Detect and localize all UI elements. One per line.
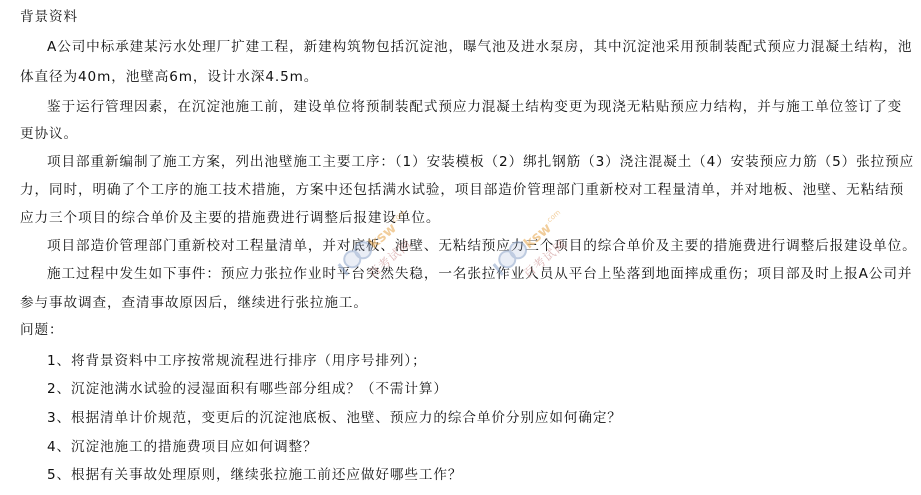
paragraph-line: 参与事故调查，查清事故原因后，继续进行张拉施工。: [20, 295, 368, 311]
section-heading: 背景资料: [20, 9, 78, 25]
paragraph-line: 项目部造价管理部门重新校对工程量清单，并对底板、池壁、无粘结预应力三个项目的综合…: [47, 238, 917, 254]
watermark-com-text: .com: [543, 208, 561, 225]
question-item: 2、沉淀池满水试验的浸湿面积有哪些部分组成？（不需计算）: [47, 381, 448, 397]
questions-label: 问题：: [20, 322, 63, 338]
paragraph-line: A公司中标承建某污水处理厂扩建工程，新建构筑物包括沉淀池，曝气池及进水泵房，其中…: [47, 39, 912, 55]
paragraph-line: 力，同时，明确了个工序的施工技术措施，方案中还包括满水试验，项目部造价管理部门重…: [20, 182, 904, 198]
question-item: 1、将背景资料中工序按常规流程进行排序（用序号排列）；: [47, 353, 427, 369]
paragraph-line: 施工过程中发生如下事件：预应力张拉作业时平台突然失稳，一名张拉作业人员从平台上坠…: [47, 266, 912, 282]
question-item: 5、根据有关事故处理原则，继续张拉施工前还应做好哪些工作？: [47, 467, 462, 483]
paragraph-line: 应力三个项目的综合单价及主要的措施费进行调整后报建设单位。: [20, 210, 440, 226]
paragraph-line: 更协议。: [20, 126, 78, 142]
paragraph-line: 鉴于运行管理因素，在沉淀池施工前，建设单位将预制装配式预应力混凝土结构变更为现浇…: [47, 99, 902, 115]
question-item: 3、根据清单计价规范，变更后的沉淀池底板、池壁、预应力的综合单价分别应如何确定？: [47, 410, 622, 426]
paragraph-line: 体直径为40m，池壁高6m，设计水深4.5m。: [20, 69, 318, 85]
paragraph-line: 项目部重新编制了施工方案，列出池壁施工主要工序：（1）安装模板（2）绑扎钢筋（3…: [47, 154, 914, 170]
question-item: 4、沉淀池施工的措施费项目应如何调整？: [47, 439, 317, 455]
